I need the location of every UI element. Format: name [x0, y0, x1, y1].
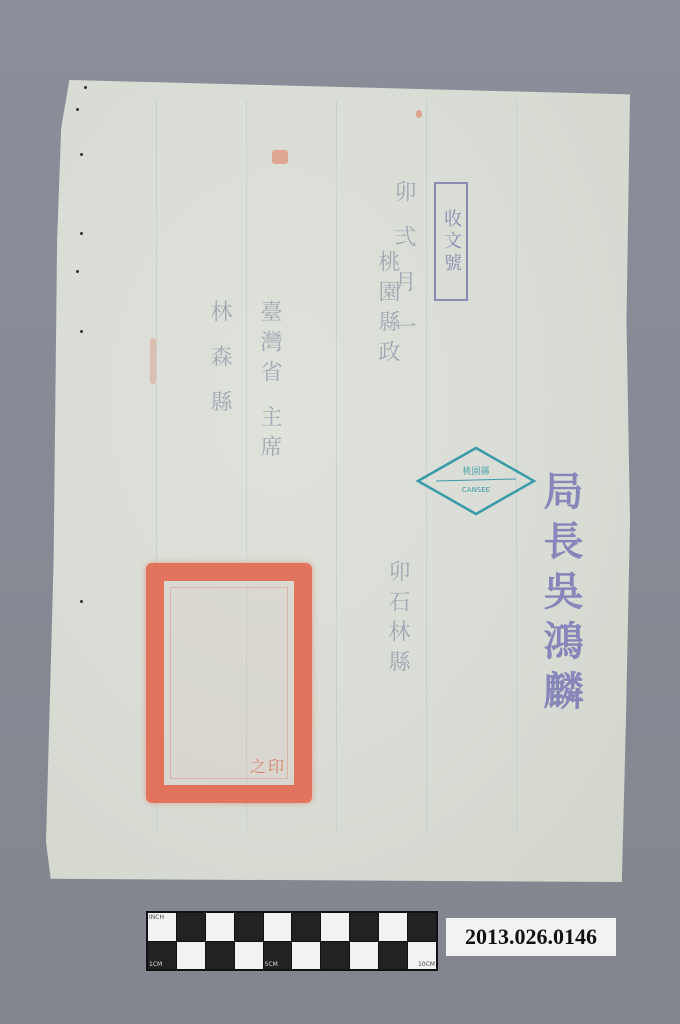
- scale-square: [350, 942, 378, 970]
- accession-number-label: 2013.026.0146: [446, 918, 616, 956]
- diamond-stamp: 桃園縣 CANSEE: [414, 446, 538, 516]
- punch-hole: [80, 330, 83, 333]
- red-ink-stain: [150, 338, 156, 384]
- scale-label-10cm: 10CM: [418, 961, 435, 968]
- receipt-box-stamp: 收文號: [434, 182, 468, 301]
- punch-hole: [84, 86, 87, 89]
- punch-hole: [76, 108, 79, 111]
- seal-inner-border: [170, 587, 288, 779]
- scale-square: [292, 942, 320, 970]
- scale-label-1cm: 1CM: [149, 961, 162, 968]
- ruled-line: [336, 100, 337, 832]
- scale-label-5cm: 5CM: [265, 961, 278, 968]
- scale-square: 10CM: [408, 942, 436, 970]
- scale-square: [350, 913, 378, 941]
- lower-column: 卯石林縣: [382, 560, 413, 680]
- scale-square: [177, 913, 205, 941]
- scale-square: [379, 942, 407, 970]
- scale-bar: INCH 1CM 5CM 10CM: [146, 911, 438, 971]
- red-ink-stain: [416, 110, 422, 118]
- diamond-stamp-bottom: CANSEE: [462, 486, 490, 494]
- punch-hole: [80, 600, 83, 603]
- addressee-column: 臺灣省 主席: [254, 300, 285, 465]
- red-official-seal: 之印: [146, 563, 312, 803]
- scale-square: [321, 913, 349, 941]
- scale-square: INCH: [148, 913, 176, 941]
- scale-square: 5CM: [264, 942, 292, 970]
- punch-hole: [80, 232, 83, 235]
- seal-text: 之印: [250, 754, 286, 777]
- scale-square: [235, 942, 263, 970]
- subject-column: 桃園縣政: [372, 250, 403, 370]
- scale-square: [177, 942, 205, 970]
- scale-square: [379, 913, 407, 941]
- scale-square: 1CM: [148, 942, 176, 970]
- signature-column: 局長吳鴻麟: [532, 470, 589, 720]
- scale-square: [408, 913, 436, 941]
- punch-hole: [80, 153, 83, 156]
- scale-side-label: INCH: [149, 914, 164, 921]
- scale-square: [206, 913, 234, 941]
- scale-square: [321, 942, 349, 970]
- punch-hole: [76, 270, 79, 273]
- scale-square: [292, 913, 320, 941]
- name-column: 林 森 縣: [204, 300, 235, 420]
- scale-square: [264, 913, 292, 941]
- diamond-stamp-top: 桃園縣: [462, 465, 490, 477]
- scale-square: [235, 913, 263, 941]
- red-ink-stain: [272, 150, 288, 164]
- scale-square: [206, 942, 234, 970]
